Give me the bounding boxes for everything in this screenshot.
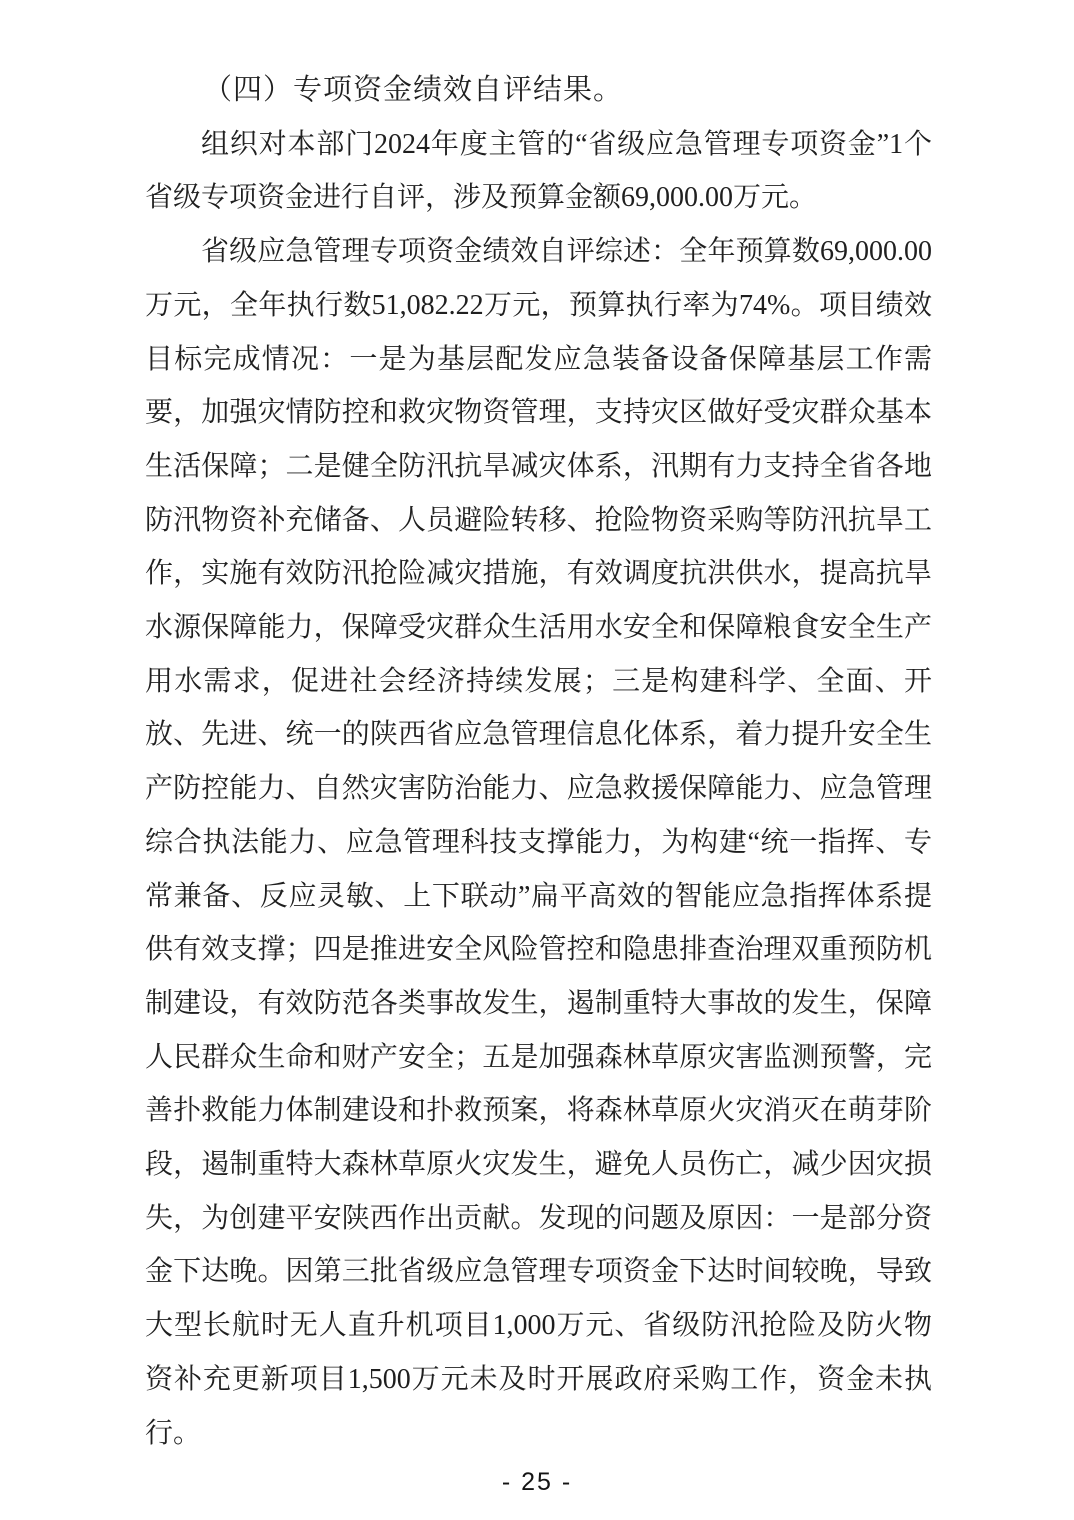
document-page: （四）专项资金绩效自评结果。 组织对本部门2024年度主管的“省级应急管理专项资… xyxy=(0,0,1074,1520)
page-number: - 25 - xyxy=(0,1468,1074,1497)
paragraph-self-evaluation-summary: 省级应急管理专项资金绩效自评综述：全年预算数69,000.00万元，全年执行数5… xyxy=(145,225,932,1460)
document-body: （四）专项资金绩效自评结果。 组织对本部门2024年度主管的“省级应急管理专项资… xyxy=(145,64,932,1460)
section-heading: （四）专项资金绩效自评结果。 xyxy=(145,64,932,118)
paragraph-self-evaluation-intro: 组织对本部门2024年度主管的“省级应急管理专项资金”1个省级专项资金进行自评，… xyxy=(145,118,932,225)
